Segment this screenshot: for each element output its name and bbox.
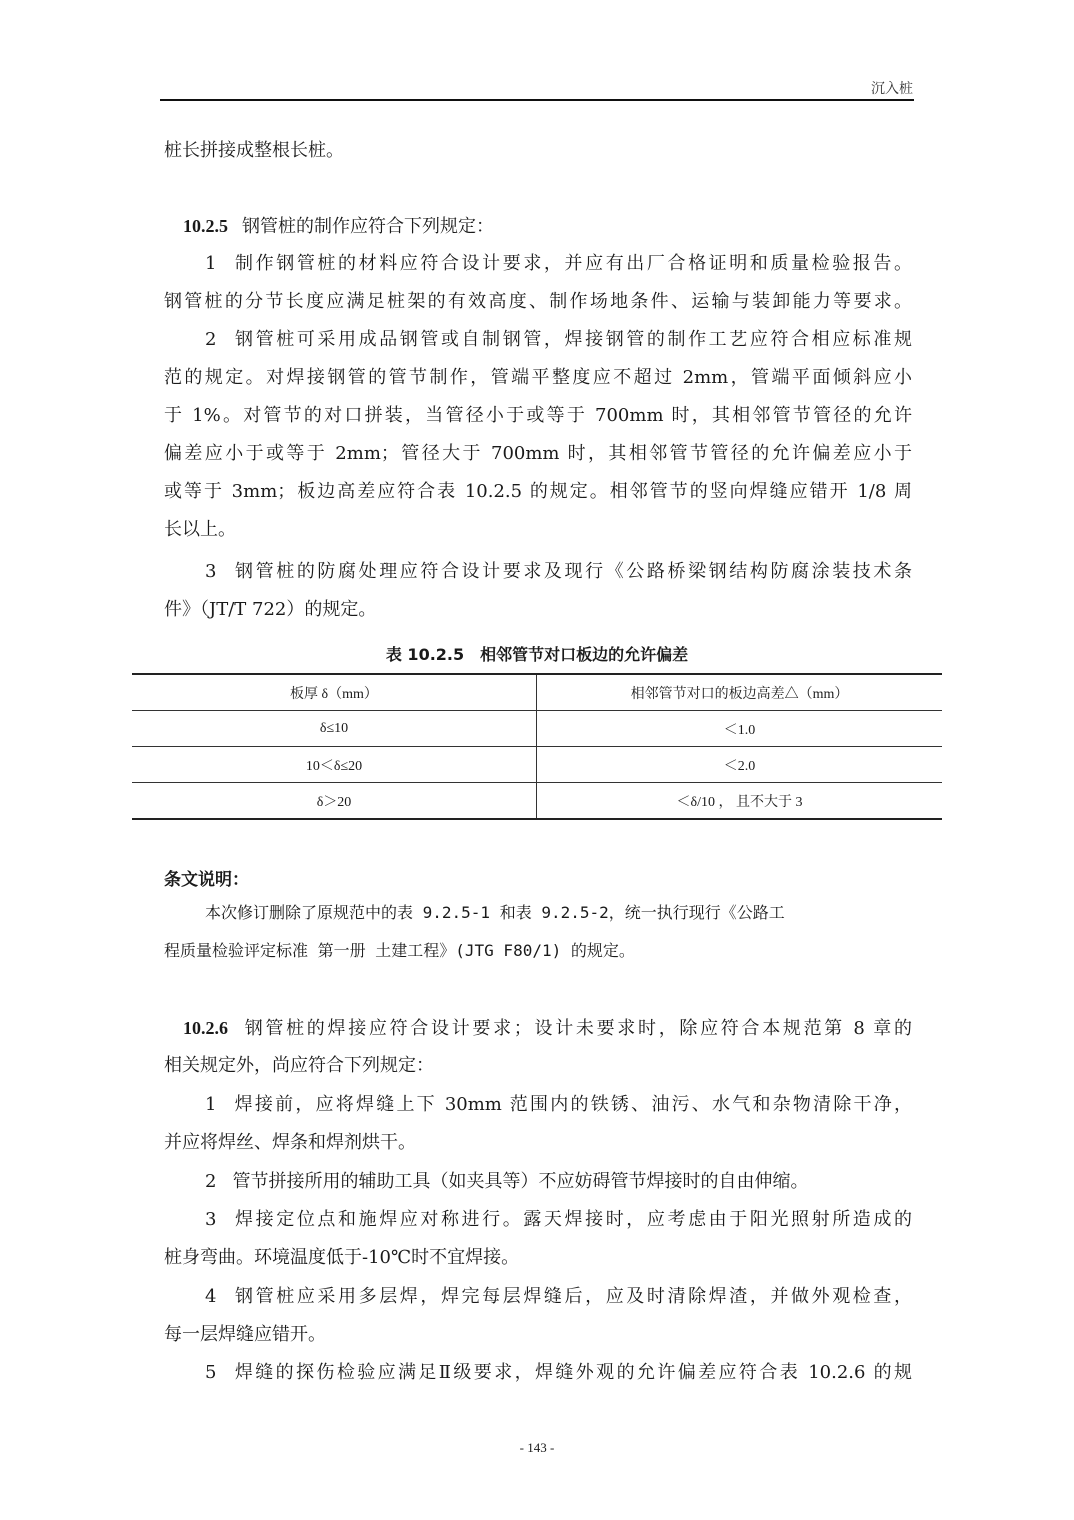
paragraph-line: 于 1%。对管节的对口拼装，当管径小于或等于 700mm 时，其相邻管节管径的允… <box>164 404 912 428</box>
clause-heading-10-2-6: 10.2.6钢管桩的焊接应符合设计要求；设计未要求时，除应符合本规范第 8 章的 <box>183 1016 912 1041</box>
table-cell: 10＜δ≤20 <box>132 747 537 783</box>
page-number: - 143 - <box>0 1440 1074 1456</box>
item-text: 钢管桩应采用多层焊，焊完每层焊缝后，应及时清除焊渣，并做外观检查， <box>232 1286 912 1307</box>
clause-title: 钢管桩的制作应符合下列规定： <box>242 216 494 237</box>
table-row: δ＞20 ＜δ/10 ， 且不大于 3 <box>132 783 942 820</box>
item-number: 1 <box>205 253 216 274</box>
table-cell: ＜δ/10 ， 且不大于 3 <box>537 783 943 820</box>
clause-number: 10.2.5 <box>183 216 228 236</box>
item-text: 焊接定位点和施焊应对称进行。露天焊接时，应考虑由于阳光照射所造成的 <box>232 1209 912 1230</box>
table-header-row: 板厚 δ（mm） 相邻管节对口的板边高差△（mm） <box>132 674 942 711</box>
table-cell: ＜1.0 <box>537 711 943 747</box>
item-text: 管节拼接所用的辅助工具（如夹具等）不应妨碍管节焊接时的自由伸缩。 <box>232 1171 808 1192</box>
commentary-heading: 条文说明： <box>164 865 249 890</box>
paragraph-line: 或等于 3mm；板边高差应符合表 10.2.5 的规定。相邻管节的竖向焊缝应错开… <box>164 480 912 504</box>
table-caption: 表 10.2.5 相邻管节对口板边的允许偏差 <box>0 642 1074 665</box>
table-cell: ＜2.0 <box>537 747 943 783</box>
paragraph-line: 偏差应小于或等于 2mm；管径大于 700mm 时，其相邻管节管径的允许偏差应小… <box>164 442 912 466</box>
list-item-3: 3焊接定位点和施焊应对称进行。露天焊接时，应考虑由于阳光照射所造成的 <box>205 1208 912 1232</box>
list-item-1: 1焊接前，应将焊缝上下 30mm 范围内的铁锈、油污、水气和杂物清除干净， <box>205 1093 912 1117</box>
list-item-2: 2管节拼接所用的辅助工具（如夹具等）不应妨碍管节焊接时的自由伸缩。 <box>205 1170 912 1194</box>
item-text: 焊缝的探伤检验应满足Ⅱ级要求，焊缝外观的允许偏差应符合表 10.2.6 的规 <box>232 1362 912 1383</box>
paragraph-line: 桩身弯曲。环境温度低于-10℃时不宜焊接。 <box>164 1246 912 1270</box>
running-header-title: 沉入桩 <box>871 78 913 98</box>
item-number: 1 <box>205 1094 216 1115</box>
clause-number: 10.2.6 <box>183 1018 228 1038</box>
item-number: 4 <box>205 1286 216 1307</box>
commentary-line: 程质量检验评定标准 第一册 土建工程》(JTG F80/1) 的规定。 <box>164 939 912 963</box>
list-item-5: 5焊缝的探伤检验应满足Ⅱ级要求，焊缝外观的允许偏差应符合表 10.2.6 的规 <box>205 1361 912 1385</box>
list-item-2: 2钢管桩可采用成品钢管或自制钢管，焊接钢管的制作工艺应符合相应标准规 <box>205 328 912 352</box>
header-divider <box>160 99 914 101</box>
item-text: 制作钢管桩的材料应符合设计要求，并应有出厂合格证明和质量检验报告。 <box>232 253 912 274</box>
paragraph-line: 并应将焊丝、焊条和焊剂烘干。 <box>164 1131 912 1155</box>
column-header: 相邻管节对口的板边高差△（mm） <box>537 674 943 711</box>
table-row: δ≤10 ＜1.0 <box>132 711 942 747</box>
list-item-4: 4钢管桩应采用多层焊，焊完每层焊缝后，应及时清除焊渣，并做外观检查， <box>205 1285 912 1309</box>
deviation-table: 板厚 δ（mm） 相邻管节对口的板边高差△（mm） δ≤10 ＜1.0 10＜δ… <box>132 673 942 820</box>
commentary-line: 本次修订删除了原规范中的表 9.2.5-1 和表 9.2.5-2，统一执行现行《… <box>205 901 953 925</box>
paragraph-line: 桩长拼接成整根长桩。 <box>164 139 912 163</box>
paragraph-line: 钢管桩的分节长度应满足桩架的有效高度、制作场地条件、运输与装卸能力等要求。 <box>164 290 912 314</box>
item-number: 2 <box>205 329 216 350</box>
column-header: 板厚 δ（mm） <box>132 674 537 711</box>
clause-heading-10-2-5: 10.2.5钢管桩的制作应符合下列规定： <box>183 214 931 239</box>
paragraph-line: 范的规定。对焊接钢管的管节制作，管端平整度应不超过 2mm，管端平面倾斜应小 <box>164 366 912 390</box>
item-text: 钢管桩可采用成品钢管或自制钢管，焊接钢管的制作工艺应符合相应标准规 <box>232 329 912 350</box>
paragraph-line: 件》（JT/T 722）的规定。 <box>164 598 912 622</box>
item-number: 5 <box>205 1362 216 1383</box>
item-number: 2 <box>205 1171 216 1192</box>
paragraph-line: 每一层焊缝应错开。 <box>164 1323 912 1347</box>
paragraph-line: 相关规定外，尚应符合下列规定： <box>164 1054 912 1078</box>
item-number: 3 <box>205 561 216 582</box>
list-item-3: 3钢管桩的防腐处理应符合设计要求及现行《公路桥梁钢结构防腐涂装技术条 <box>205 560 912 584</box>
item-number: 3 <box>205 1209 216 1230</box>
item-text: 钢管桩的防腐处理应符合设计要求及现行《公路桥梁钢结构防腐涂装技术条 <box>232 561 912 582</box>
table-row: 10＜δ≤20 ＜2.0 <box>132 747 942 783</box>
table-cell: δ＞20 <box>132 783 537 820</box>
clause-text: 钢管桩的焊接应符合设计要求；设计未要求时，除应符合本规范第 8 章的 <box>242 1018 912 1039</box>
table-cell: δ≤10 <box>132 711 537 747</box>
item-text: 焊接前，应将焊缝上下 30mm 范围内的铁锈、油污、水气和杂物清除干净， <box>232 1094 912 1115</box>
paragraph-line: 长以上。 <box>164 518 912 542</box>
list-item-1: 1制作钢管桩的材料应符合设计要求，并应有出厂合格证明和质量检验报告。 <box>205 252 912 276</box>
